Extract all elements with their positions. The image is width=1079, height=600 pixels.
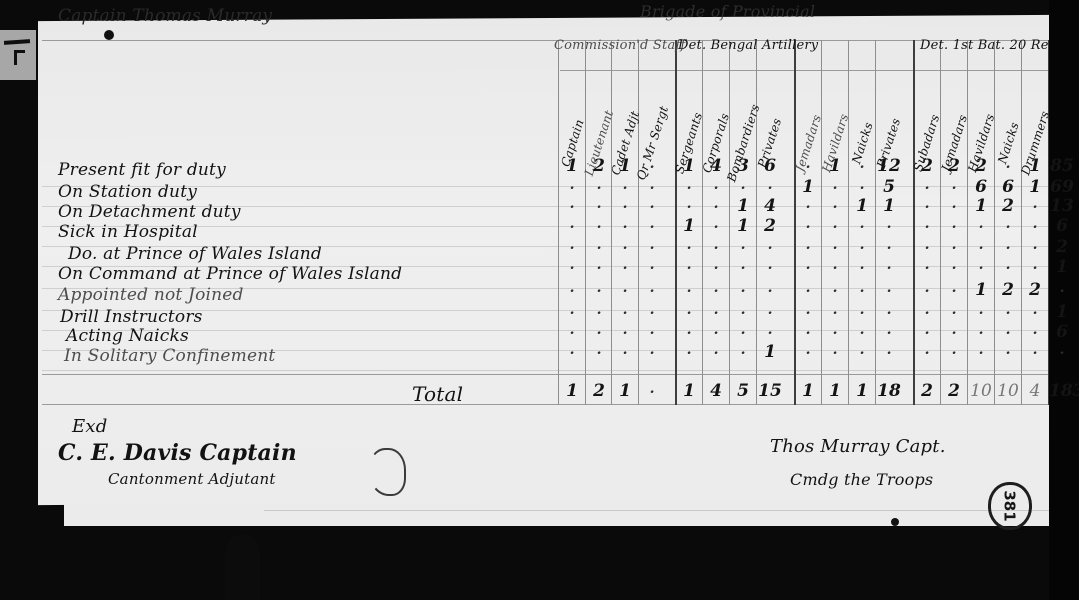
table-cell: . bbox=[639, 322, 665, 338]
table-cell: 10 bbox=[995, 381, 1021, 401]
table-cell: . bbox=[876, 322, 902, 338]
table-cell: 1 bbox=[612, 381, 638, 401]
table-cell: 4 bbox=[703, 381, 729, 401]
table-cell: . bbox=[612, 177, 638, 193]
table-cell: . bbox=[586, 257, 612, 273]
table-cell: . bbox=[1049, 342, 1075, 358]
table-cell: 1 bbox=[1022, 177, 1048, 197]
table-cell: . bbox=[968, 216, 994, 232]
table-cell: . bbox=[559, 216, 585, 232]
table-cell: 1 bbox=[795, 177, 821, 197]
table-cell: 1 bbox=[1049, 302, 1075, 322]
table-cell: 1 bbox=[730, 216, 756, 236]
table-cell: . bbox=[914, 216, 940, 232]
table-cell: . bbox=[757, 322, 783, 338]
table-cell: . bbox=[995, 322, 1021, 338]
table-cell: . bbox=[703, 237, 729, 253]
table-cell: . bbox=[612, 322, 638, 338]
table-cell: 3 bbox=[730, 156, 756, 176]
commander-title: Cmdg the Troops bbox=[790, 470, 933, 489]
table-cell: 2 bbox=[586, 381, 612, 401]
brigade-heading: Brigade of Provincial bbox=[640, 2, 815, 21]
table-cell: . bbox=[559, 196, 585, 212]
table-cell: . bbox=[822, 216, 848, 232]
table-cell: . bbox=[676, 257, 702, 273]
table-cell: 1 bbox=[612, 156, 638, 176]
table-cell: . bbox=[559, 237, 585, 253]
table-cell: . bbox=[730, 302, 756, 318]
table-cell: . bbox=[876, 280, 902, 296]
table-cell: 1 bbox=[676, 381, 702, 401]
table-cell: . bbox=[676, 177, 702, 193]
table-cell: 85 bbox=[1049, 156, 1075, 176]
table-cell: . bbox=[795, 302, 821, 318]
table-cell: 6 bbox=[757, 156, 783, 176]
table-cell: 4 bbox=[703, 156, 729, 176]
table-cell: . bbox=[612, 302, 638, 318]
row-label: On Command at Prince of Wales Island bbox=[58, 264, 402, 284]
table-cell: . bbox=[822, 302, 848, 318]
table-cell: . bbox=[876, 216, 902, 232]
table-cell: . bbox=[639, 216, 665, 232]
table-cell: . bbox=[1022, 302, 1048, 318]
table-cell: 69 bbox=[1049, 177, 1075, 197]
table-cell: . bbox=[914, 322, 940, 338]
table-cell: 4 bbox=[757, 196, 783, 216]
table-cell: . bbox=[822, 196, 848, 212]
table-cell: 15 bbox=[757, 381, 783, 401]
officer-heading: Captain Thomas Murray bbox=[58, 6, 272, 26]
table-cell: . bbox=[703, 322, 729, 338]
table-cell: . bbox=[795, 216, 821, 232]
table-cell: . bbox=[559, 302, 585, 318]
table-cell: . bbox=[639, 196, 665, 212]
table-cell: . bbox=[559, 280, 585, 296]
table-cell: . bbox=[586, 280, 612, 296]
table-cell: . bbox=[1022, 342, 1048, 358]
table-cell: . bbox=[914, 302, 940, 318]
table-cell: . bbox=[639, 381, 665, 397]
table-cell: . bbox=[941, 216, 967, 232]
page-number-stamp: 381 bbox=[988, 482, 1032, 530]
table-cell: 5 bbox=[876, 177, 902, 197]
table-cell: . bbox=[795, 156, 821, 172]
table-cell: . bbox=[822, 342, 848, 358]
row-label: Do. at Prince of Wales Island bbox=[68, 244, 322, 264]
table-cell: . bbox=[941, 237, 967, 253]
table-cell: . bbox=[795, 322, 821, 338]
table-cell: 2 bbox=[914, 381, 940, 401]
table-cell: . bbox=[941, 322, 967, 338]
table-cell: . bbox=[995, 237, 1021, 253]
table-cell: . bbox=[586, 177, 612, 193]
table-cell: . bbox=[586, 216, 612, 232]
table-cell: . bbox=[703, 280, 729, 296]
ink-blot bbox=[891, 518, 899, 526]
table-cell: 1 bbox=[730, 196, 756, 216]
row-label: On Detachment duty bbox=[58, 202, 241, 222]
table-cell: . bbox=[586, 342, 612, 358]
table-cell: 1 bbox=[822, 156, 848, 176]
table-cell: . bbox=[968, 342, 994, 358]
table-cell: . bbox=[730, 177, 756, 193]
table-cell: 2 bbox=[995, 280, 1021, 300]
adjutant-signature: C. E. Davis Captain bbox=[58, 440, 297, 466]
table-cell: . bbox=[849, 156, 875, 172]
table-cell: . bbox=[795, 280, 821, 296]
table-cell: . bbox=[1049, 280, 1075, 296]
table-cell: . bbox=[876, 257, 902, 273]
table-cell: . bbox=[639, 156, 665, 172]
table-cell: . bbox=[676, 322, 702, 338]
table-cell: . bbox=[757, 280, 783, 296]
table-cell: . bbox=[639, 177, 665, 193]
table-cell: . bbox=[795, 196, 821, 212]
table-cell: . bbox=[795, 237, 821, 253]
column-group-header: Det. 1st Bat. 20 Regt bbox=[920, 38, 1063, 53]
table-cell: . bbox=[1022, 196, 1048, 212]
table-cell: . bbox=[612, 342, 638, 358]
table-cell: . bbox=[639, 302, 665, 318]
row-label: Present fit for duty bbox=[58, 160, 226, 180]
table-cell: . bbox=[757, 177, 783, 193]
table-cell: . bbox=[822, 237, 848, 253]
table-cell: 2 bbox=[968, 156, 994, 176]
table-cell: . bbox=[822, 280, 848, 296]
table-cell: . bbox=[995, 156, 1021, 172]
table-cell: . bbox=[941, 177, 967, 193]
table-cell: . bbox=[730, 322, 756, 338]
table-cell: 1 bbox=[559, 156, 585, 176]
table-cell: 2 bbox=[941, 381, 967, 401]
table-cell: . bbox=[676, 280, 702, 296]
table-cell: . bbox=[914, 257, 940, 273]
table-cell: . bbox=[914, 342, 940, 358]
table-cell: 2 bbox=[586, 156, 612, 176]
table-cell: . bbox=[1022, 322, 1048, 338]
table-cell: 2 bbox=[757, 216, 783, 236]
table-cell: . bbox=[995, 302, 1021, 318]
table-cell: . bbox=[941, 257, 967, 273]
table-cell: 6 bbox=[968, 177, 994, 197]
table-cell: . bbox=[941, 342, 967, 358]
table-cell: 1 bbox=[822, 381, 848, 401]
table-cell: . bbox=[941, 302, 967, 318]
table-cell: . bbox=[757, 237, 783, 253]
table-cell: . bbox=[995, 216, 1021, 232]
table-cell: . bbox=[914, 280, 940, 296]
table-cell: . bbox=[849, 257, 875, 273]
table-cell: 1 bbox=[757, 342, 783, 362]
table-cell: . bbox=[703, 302, 729, 318]
scan-edge bbox=[1049, 0, 1079, 600]
table-cell: . bbox=[1022, 257, 1048, 273]
signature-flourish bbox=[368, 448, 406, 496]
table-cell: 1 bbox=[676, 156, 702, 176]
table-cell: . bbox=[559, 257, 585, 273]
column-header: Naicks bbox=[996, 70, 1020, 190]
table-cell: 2 bbox=[1022, 280, 1048, 300]
table-cell: . bbox=[1022, 216, 1048, 232]
table-cell: . bbox=[730, 342, 756, 358]
table-cell: . bbox=[849, 322, 875, 338]
table-cell: 18 bbox=[876, 381, 902, 401]
table-cell: . bbox=[849, 342, 875, 358]
table-cell: . bbox=[612, 196, 638, 212]
row-label: Drill Instructors bbox=[60, 307, 203, 327]
table-cell: 6 bbox=[1049, 322, 1075, 342]
table-cell: 1 bbox=[1049, 257, 1075, 277]
table-cell: 1 bbox=[676, 216, 702, 236]
table-cell: . bbox=[676, 342, 702, 358]
table-cell: . bbox=[849, 302, 875, 318]
table-cell: . bbox=[676, 237, 702, 253]
table-cell: . bbox=[941, 196, 967, 212]
table-cell: 12 bbox=[876, 156, 902, 176]
table-cell: 10 bbox=[968, 381, 994, 401]
table-cell: . bbox=[703, 177, 729, 193]
table-cell: . bbox=[822, 322, 848, 338]
table-cell: . bbox=[822, 177, 848, 193]
table-cell: . bbox=[639, 280, 665, 296]
row-label: Acting Naicks bbox=[66, 326, 189, 346]
table-cell: 1 bbox=[559, 381, 585, 401]
table-cell: . bbox=[968, 237, 994, 253]
table-cell: . bbox=[757, 257, 783, 273]
table-cell: 183 bbox=[1049, 381, 1075, 401]
row-label: On Station duty bbox=[58, 182, 197, 202]
commander-signature: Thos Murray Capt. bbox=[770, 436, 946, 457]
table-cell: . bbox=[730, 237, 756, 253]
table-cell: . bbox=[703, 196, 729, 212]
table-cell: 6 bbox=[1049, 216, 1075, 236]
table-cell: . bbox=[968, 322, 994, 338]
adjutant-title: Cantonment Adjutant bbox=[108, 470, 276, 488]
table-cell: . bbox=[968, 302, 994, 318]
table-cell: . bbox=[612, 280, 638, 296]
table-cell: . bbox=[941, 280, 967, 296]
column-header: Naicks bbox=[850, 70, 874, 190]
table-cell: . bbox=[586, 196, 612, 212]
table-cell: 1 bbox=[795, 381, 821, 401]
table-cell: . bbox=[586, 302, 612, 318]
table-cell: 1 bbox=[1022, 156, 1048, 176]
table-cell: . bbox=[730, 280, 756, 296]
column-header: Jemadars bbox=[796, 70, 820, 190]
table-cell: . bbox=[703, 342, 729, 358]
table-cell: . bbox=[876, 342, 902, 358]
table-cell: . bbox=[795, 342, 821, 358]
table-cell: 2 bbox=[914, 156, 940, 176]
table-cell: 5 bbox=[730, 381, 756, 401]
table-cell: . bbox=[703, 257, 729, 273]
table-cell: . bbox=[639, 342, 665, 358]
table-cell: . bbox=[849, 237, 875, 253]
table-cell: . bbox=[586, 322, 612, 338]
table-cell: . bbox=[968, 257, 994, 273]
table-cell: 4 bbox=[1022, 381, 1048, 401]
table-cell: . bbox=[639, 237, 665, 253]
table-cell: . bbox=[914, 177, 940, 193]
table-cell: . bbox=[559, 342, 585, 358]
column-group-header: Commission'd Staff bbox=[554, 38, 685, 53]
table-cell: . bbox=[730, 257, 756, 273]
table-cell: . bbox=[995, 257, 1021, 273]
table-cell: . bbox=[1022, 237, 1048, 253]
table-cell: . bbox=[676, 196, 702, 212]
table-cell: 2 bbox=[1049, 237, 1075, 257]
table-cell: . bbox=[876, 237, 902, 253]
examined-mark: Exd bbox=[72, 416, 107, 437]
table-cell: 1 bbox=[968, 280, 994, 300]
row-label: In Solitary Confinement bbox=[64, 346, 275, 366]
column-group-header: Det. Bengal Artillery bbox=[678, 38, 818, 53]
table-cell: . bbox=[876, 302, 902, 318]
total-label: Total bbox=[412, 382, 463, 406]
table-cell: 6 bbox=[995, 177, 1021, 197]
table-cell: . bbox=[914, 237, 940, 253]
page-number: 381 bbox=[1001, 490, 1019, 521]
table-cell: . bbox=[586, 237, 612, 253]
table-cell: 13 bbox=[1049, 196, 1075, 216]
table-cell: 1 bbox=[876, 196, 902, 216]
table-cell: 1 bbox=[849, 381, 875, 401]
table-cell: . bbox=[559, 177, 585, 193]
table-cell: . bbox=[639, 257, 665, 273]
table-cell: . bbox=[849, 280, 875, 296]
table-cell: 2 bbox=[995, 196, 1021, 216]
table-cell: . bbox=[559, 322, 585, 338]
table-cell: . bbox=[757, 302, 783, 318]
binding-clip bbox=[226, 534, 260, 600]
row-label: Appointed not Joined bbox=[58, 285, 244, 305]
row-label: Sick in Hospital bbox=[58, 222, 198, 242]
table-cell: 1 bbox=[849, 196, 875, 216]
table-cell: . bbox=[612, 257, 638, 273]
table-cell: . bbox=[849, 216, 875, 232]
binding-tab bbox=[0, 30, 36, 80]
ink-blot bbox=[104, 30, 114, 40]
table-cell: . bbox=[849, 177, 875, 193]
table-cell: . bbox=[822, 257, 848, 273]
table-cell: . bbox=[995, 342, 1021, 358]
table-cell: . bbox=[612, 237, 638, 253]
table-cell: . bbox=[795, 257, 821, 273]
table-cell: . bbox=[612, 216, 638, 232]
table-cell: 1 bbox=[968, 196, 994, 216]
table-cell: 2 bbox=[941, 156, 967, 176]
table-cell: . bbox=[914, 196, 940, 212]
column-header: Qr Mr Sergt bbox=[640, 70, 664, 190]
table-cell: . bbox=[703, 216, 729, 232]
table-cell: . bbox=[676, 302, 702, 318]
